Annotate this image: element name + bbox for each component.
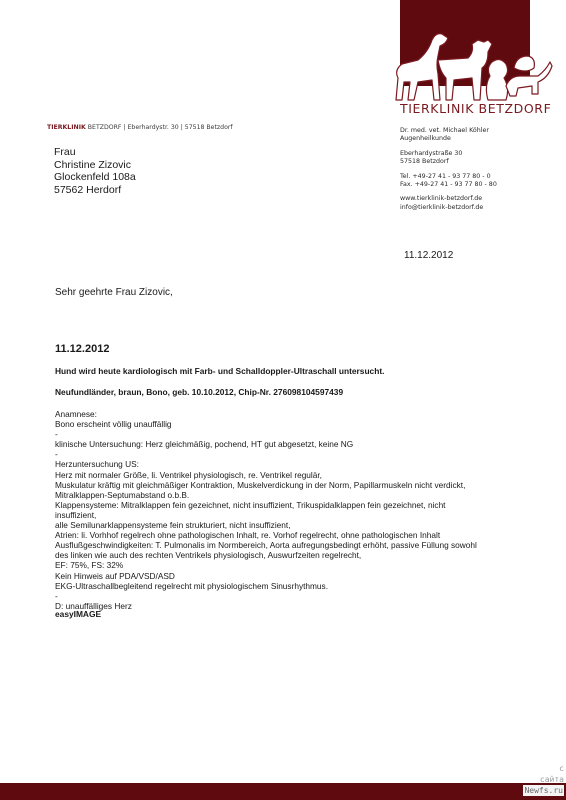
animals-logo-icon (388, 30, 554, 102)
report-line: insuffizient, (55, 510, 525, 520)
clinic-street: Eberhardystraße 30 (400, 150, 497, 158)
clinic-fax: Fax. +49-27 41 - 93 77 80 - 80 (400, 181, 497, 189)
signature: easyIMAGE (55, 609, 101, 619)
report-body: Anamnese:Bono erscheint völlig unauffäll… (55, 409, 525, 611)
report-line: Bono erscheint völlig unauffällig (55, 419, 525, 429)
report-line: Anamnese: (55, 409, 525, 419)
watermark-line-1: с (523, 763, 564, 774)
sender-return-address: TIERKLINIK BETZDORF | Eberhardystr. 30 |… (47, 124, 233, 131)
recipient-address: Frau Christine Zizovic Glockenfeld 108a … (54, 146, 136, 196)
clinic-logo-name: TIERKLINIK BETZDORF (400, 101, 560, 116)
doctor-name: Dr. med. vet. Michael Köhler (400, 127, 497, 135)
report-line: - (55, 429, 525, 439)
doctor-specialty: Augenheilkunde (400, 135, 497, 143)
watermark-site: Newfs.ru (523, 785, 564, 796)
watermark: с сайта Newfs.ru (523, 763, 564, 796)
clinic-city: 57518 Betzdorf (400, 158, 497, 166)
report-line: EKG-Ultraschallbegleitend regelrecht mit… (55, 581, 525, 591)
report-date: 11.12.2012 (55, 343, 109, 355)
report-line: alle Semilunarklappensysteme fein strukt… (55, 520, 525, 530)
report-line: Herz mit normaler Größe, li. Ventrikel p… (55, 470, 525, 480)
footer-band (0, 783, 566, 800)
recipient-title: Frau (54, 146, 136, 159)
recipient-name: Christine Zizovic (54, 159, 136, 172)
report-line: Herzuntersuchung US: (55, 459, 525, 469)
report-line: - (55, 449, 525, 459)
clinic-contact-block: Dr. med. vet. Michael Köhler Augenheilku… (400, 127, 497, 218)
report-intro: Hund wird heute kardiologisch mit Farb- … (55, 366, 384, 376)
report-line: EF: 75%, FS: 32% (55, 560, 525, 570)
recipient-city: 57562 Herdorf (54, 184, 136, 197)
report-line: Muskulatur kräftig mit gleichmäßiger Kon… (55, 480, 525, 490)
report-line: des linken wie auch des rechten Ventrike… (55, 550, 525, 560)
sender-brand: TIERKLINIK (47, 124, 86, 131)
recipient-street: Glockenfeld 108a (54, 171, 136, 184)
salutation: Sehr geehrte Frau Zizovic, (55, 287, 173, 298)
clinic-website: www.tierklinik-betzdorf.de (400, 195, 497, 203)
clinic-email: info@tierklinik-betzdorf.de (400, 204, 497, 212)
report-line: - (55, 591, 525, 601)
report-line: Klappensysteme: Mitralklappen fein gezei… (55, 500, 525, 510)
patient-info: Neufundländer, braun, Bono, geb. 10.10.2… (55, 387, 343, 397)
report-line: klinische Untersuchung: Herz gleichmäßig… (55, 439, 525, 449)
clinic-phone: Tel. +49-27 41 - 93 77 80 - 0 (400, 173, 497, 181)
report-line: Kein Hinweis auf PDA/VSD/ASD (55, 571, 525, 581)
report-line: Mitralklappen-Septumabstand o.b.B. (55, 490, 525, 500)
letter-date: 11.12.2012 (404, 250, 453, 261)
sender-address: BETZDORF | Eberhardystr. 30 | 57518 Betz… (86, 124, 233, 131)
report-line: D: unauffälliges Herz (55, 601, 525, 611)
report-line: Ausflußgeschwindigkeiten: T. Pulmonalis … (55, 540, 525, 550)
report-line: Atrien: li. Vorhhof regelrech ohne patho… (55, 530, 525, 540)
watermark-line-2: сайта (523, 774, 564, 785)
